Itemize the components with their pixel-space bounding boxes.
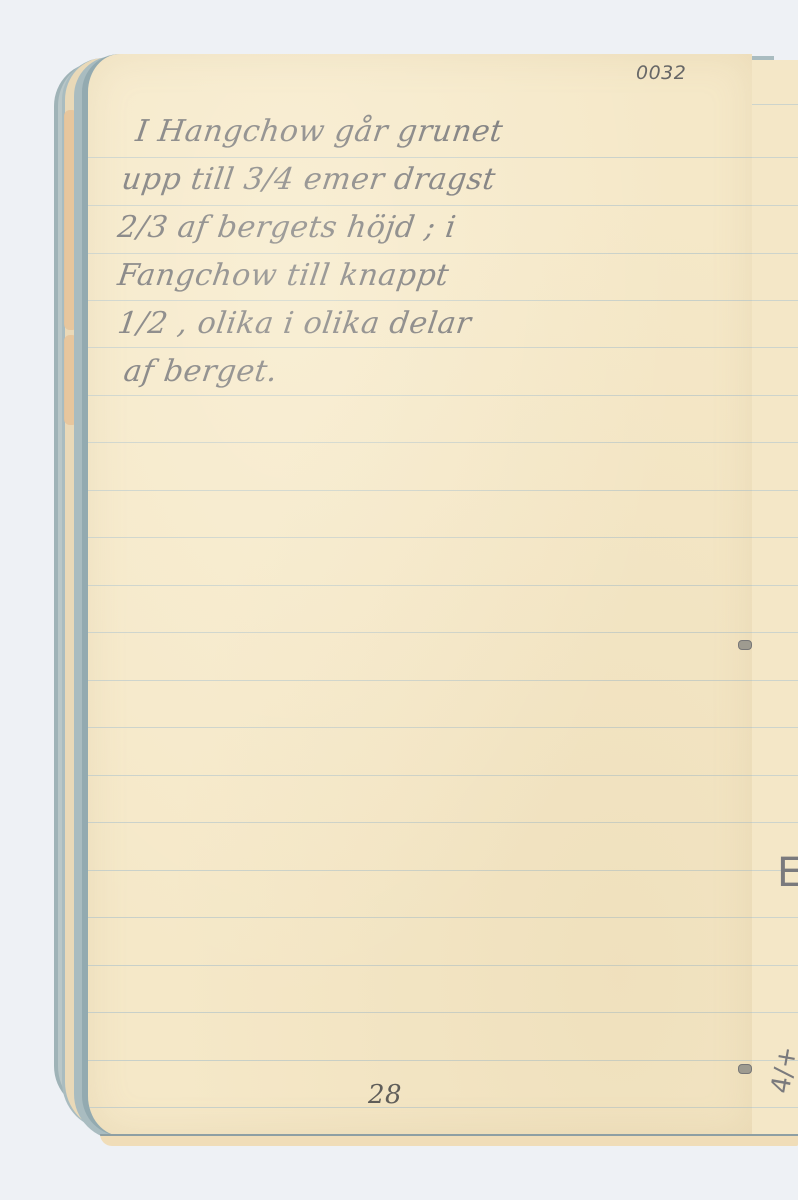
archive-number: 0032	[636, 62, 686, 84]
binding-staple	[738, 640, 752, 650]
right-facing-page: E 4/+	[746, 60, 798, 1138]
handwritten-line-2: upp till 3/4 emer dragst	[120, 162, 498, 197]
handwritten-line-1: I Hangchow går grunet	[134, 114, 506, 149]
binding-staple	[738, 1064, 752, 1074]
handwritten-line-4: Fangchow till knappt	[116, 258, 452, 293]
notebook-page: 0032 I Hangchow går grunet upp till 3/4 …	[82, 54, 752, 1136]
scan-scene: E 4/+ 0032 I Hangchow går grunet upp til…	[0, 0, 798, 1200]
handwritten-line-3: 2/3 af bergets höjd ; i	[116, 210, 459, 245]
handwritten-line-5: 1/2 , olika i olika delar	[116, 306, 474, 341]
right-page-mark: E	[777, 850, 798, 896]
page-number: 28	[368, 1080, 402, 1110]
handwritten-line-6: af berget.	[122, 354, 280, 389]
page-bottom-edge	[100, 1134, 798, 1146]
right-page-mark: 4/+	[766, 1044, 798, 1096]
